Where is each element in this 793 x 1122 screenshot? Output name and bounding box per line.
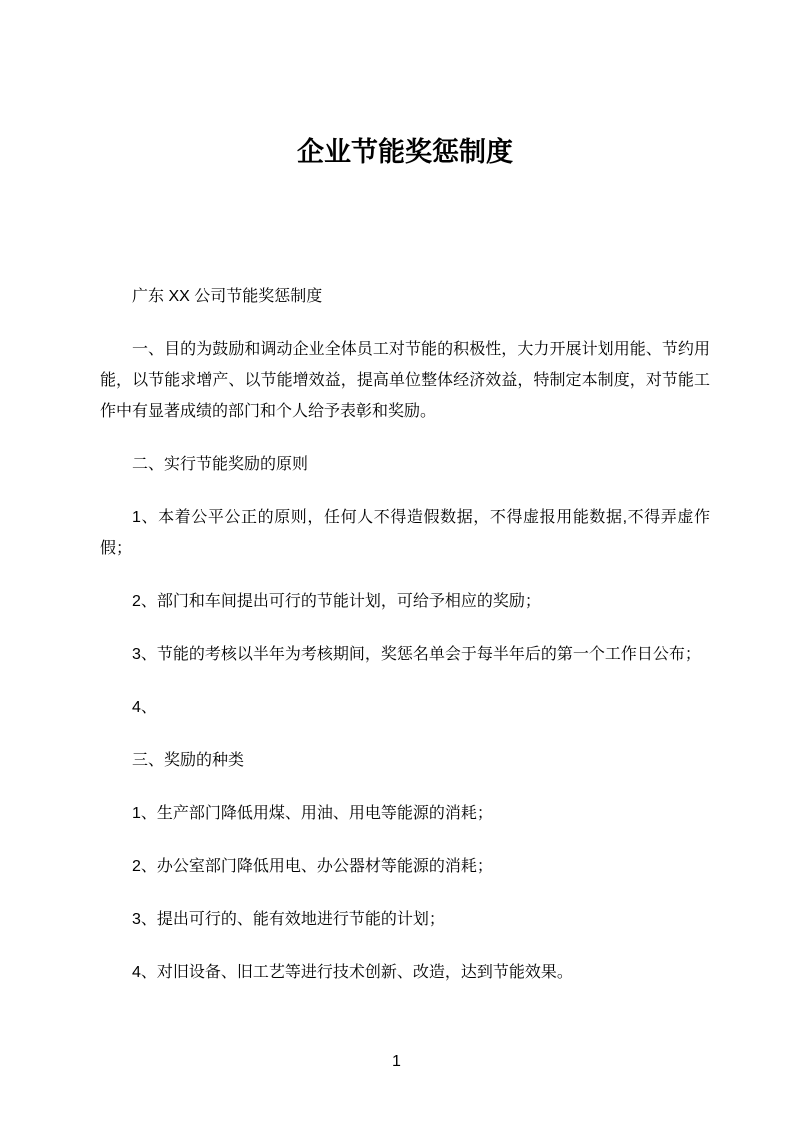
document-page: 企业节能奖惩制度 广东 XX 公司节能奖惩制度 一、目的为鼓励和调动企业全体员工… <box>0 0 793 1122</box>
document-title: 企业节能奖惩制度 <box>100 132 710 172</box>
page-number: 1 <box>0 1050 793 1074</box>
paragraph-purpose: 一、目的为鼓励和调动企业全体员工对节能的积极性，大力开展计划用能、节约用能，以节… <box>100 334 710 427</box>
document-body: 广东 XX 公司节能奖惩制度 一、目的为鼓励和调动企业全体员工对节能的积极性，大… <box>100 281 710 988</box>
list-item-2-1: 1、本着公平公正的原则，任何人不得造假数据，不得虚报用能数据,不得弄虚作假； <box>100 502 710 564</box>
list-item-2-3: 3、节能的考核以半年为考核期间，奖惩名单会于每半年后的第一个工作日公布； <box>100 639 710 670</box>
list-item-3-1: 1、生产部门降低用煤、用油、用电等能源的消耗； <box>100 798 710 829</box>
list-item-3-3: 3、提出可行的、能有效地进行节能的计划； <box>100 904 710 935</box>
list-item-2-4: 4、 <box>100 692 710 723</box>
list-item-3-4: 4、对旧设备、旧工艺等进行技术创新、改造，达到节能效果。 <box>100 957 710 988</box>
list-item-3-2: 2、办公室部门降低用电、办公器材等能源的消耗； <box>100 851 710 882</box>
section-heading-2: 二、实行节能奖励的原则 <box>100 449 710 480</box>
list-item-2-2: 2、部门和车间提出可行的节能计划，可给予相应的奖励； <box>100 586 710 617</box>
paragraph-intro: 广东 XX 公司节能奖惩制度 <box>100 281 710 312</box>
section-heading-3: 三、奖励的种类 <box>100 745 710 776</box>
